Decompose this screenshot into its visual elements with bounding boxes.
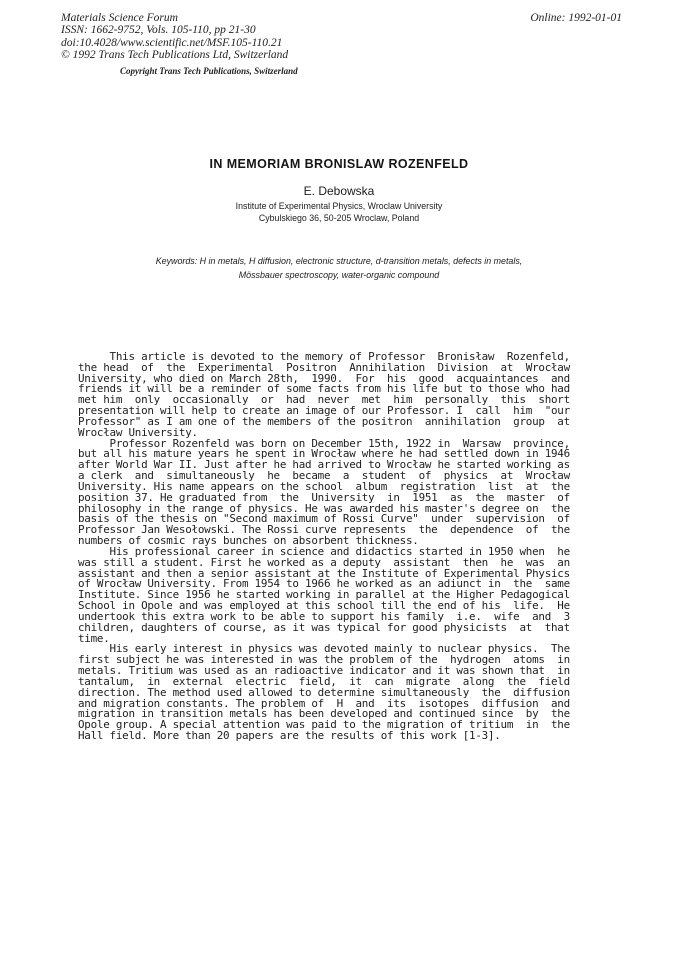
article-author: E. Debowska: [0, 184, 678, 198]
journal-issn-line: ISSN: 1662-9752, Vols. 105-110, pp 21-30: [61, 24, 288, 36]
scanned-paper-page: Materials Science Forum ISSN: 1662-9752,…: [0, 0, 678, 959]
keywords-line-1: Keywords: H in metals, H diffusion, elec…: [0, 255, 678, 269]
journal-info-block: Materials Science Forum ISSN: 1662-9752,…: [61, 12, 288, 61]
journal-title: Materials Science Forum: [61, 12, 288, 24]
journal-copyright-line: © 1992 Trans Tech Publications Ltd, Swit…: [61, 49, 288, 61]
article-keywords: Keywords: H in metals, H diffusion, elec…: [0, 255, 678, 282]
keywords-line-2: Mössbauer spectroscopy, water-organic co…: [0, 269, 678, 283]
online-date: Online: 1992-01-01: [530, 12, 622, 24]
journal-masthead: Materials Science Forum ISSN: 1662-9752,…: [61, 12, 622, 61]
journal-doi-line: doi:10.4028/www.scientific.net/MSF.105-1…: [61, 37, 288, 49]
article-body-text: This article is devoted to the memory of…: [78, 352, 570, 742]
article-title: IN MEMORIAM BRONISLAW ROZENFELD: [0, 157, 678, 171]
copyright-stamp: Copyright Trans Tech Publications, Switz…: [120, 66, 298, 76]
affiliation-line-1: Institute of Experimental Physics, Wrocl…: [0, 201, 678, 213]
affiliation-line-2: Cybulskiego 36, 50-205 Wroclaw, Poland: [0, 213, 678, 225]
article-affiliation: Institute of Experimental Physics, Wrocl…: [0, 201, 678, 224]
